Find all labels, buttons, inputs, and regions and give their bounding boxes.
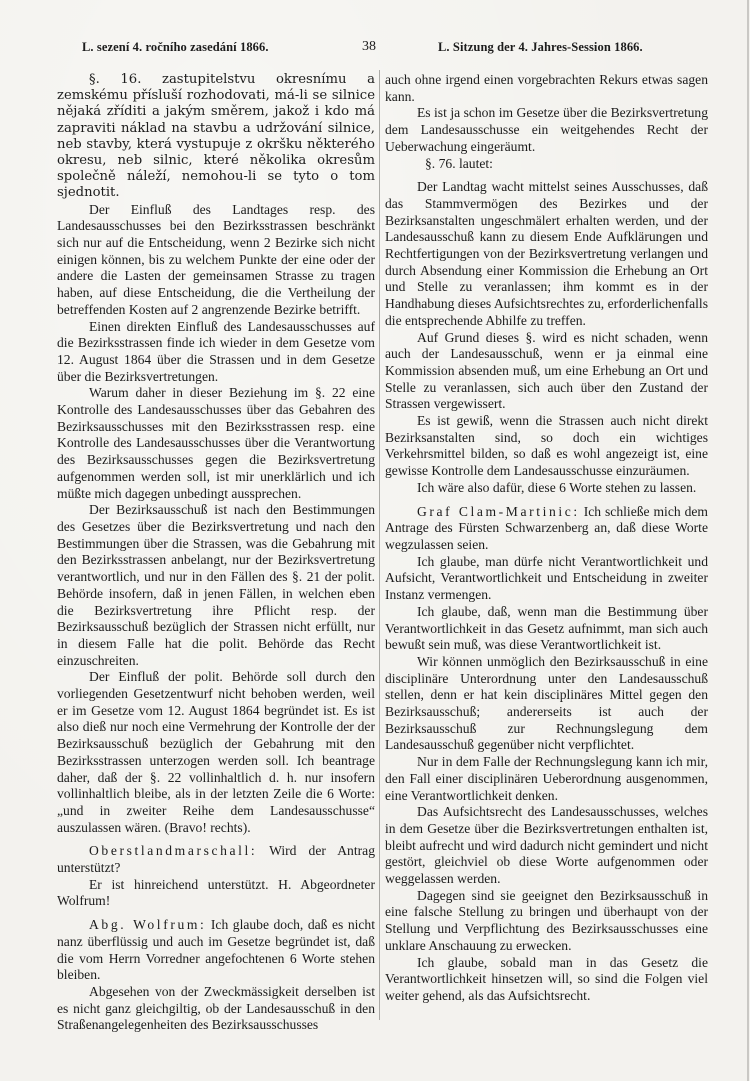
paragraph-continuation: auch ohne irgend einen vorgebrachten Rek… xyxy=(385,72,708,105)
paragraph: Der Einfluß der polit. Behörde soll durc… xyxy=(57,669,375,836)
paragraph-czech-section-16: §. 16. zastupitelstvu okresnímu a zemské… xyxy=(57,72,375,202)
paragraph: Abgesehen von der Zweckmässigkeit dersel… xyxy=(57,984,375,1034)
scanned-page: L. sezení 4. ročního zasedání 1866. 38 L… xyxy=(0,0,750,1081)
speaker-name: Graf Clam-Martinic: xyxy=(417,504,580,519)
header-czech-title: L. sezení 4. ročního zasedání 1866. xyxy=(82,40,269,55)
paragraph: Dagegen sind sie geeignet den Bezirksaus… xyxy=(385,888,708,955)
paragraph: Der Einfluß des Landtages resp. des Land… xyxy=(57,202,375,319)
left-column: §. 16. zastupitelstvu okresnímu a zemské… xyxy=(57,72,375,1034)
paragraph: Warum daher in dieser Beziehung im §. 22… xyxy=(57,385,375,502)
page-header: L. sezení 4. ročního zasedání 1866. 38 L… xyxy=(0,40,750,62)
paragraph: Der Bezirksausschuß ist nach den Bestimm… xyxy=(57,502,375,669)
paragraph: Ich glaube, sobald man in das Gesetz die… xyxy=(385,955,708,1005)
paragraph: Es ist gewiß, wenn die Strassen auch nic… xyxy=(385,413,708,480)
paragraph: Ich wäre also dafür, diese 6 Worte stehe… xyxy=(385,480,708,497)
speaker-paragraph: Graf Clam-Martinic: Ich schließe mich de… xyxy=(385,504,708,554)
paragraph: Ich glaube, daß, wenn man die Bestimmung… xyxy=(385,604,708,654)
speaker-name: Oberstlandmarschall: xyxy=(89,843,257,858)
paragraph: Einen direkten Einfluß des Landesausschu… xyxy=(57,319,375,386)
page-number: 38 xyxy=(362,39,376,55)
paragraph: Er ist hinreichend unterstützt. H. Abgeo… xyxy=(57,877,375,910)
paragraph: Nur in dem Falle der Rechnungslegung kan… xyxy=(385,754,708,804)
right-column: auch ohne irgend einen vorgebrachten Rek… xyxy=(385,72,708,1005)
header-german-title: L. Sitzung der 4. Jahres-Session 1866. xyxy=(438,40,643,55)
speaker-name: Abg. Wolfrum: xyxy=(89,917,206,932)
column-divider xyxy=(379,70,380,1020)
paragraph: Wir können unmöglich den Bezirksausschuß… xyxy=(385,654,708,754)
paragraph: Es ist ja schon im Gesetze über die Bezi… xyxy=(385,105,708,155)
speaker-paragraph: Oberstlandmarschall: Wird der Antrag unt… xyxy=(57,843,375,876)
speaker-paragraph: Abg. Wolfrum: Ich glaube doch, daß es ni… xyxy=(57,917,375,984)
section-76-heading: §. 76. lautet: xyxy=(385,156,708,173)
page-edge xyxy=(747,0,749,1081)
paragraph: Ich glaube, man dürfe nicht Verantwortli… xyxy=(385,554,708,604)
paragraph: Das Aufsichtsrecht des Landesausschusses… xyxy=(385,804,708,888)
quoted-paragraph: Der Landtag wacht mittelst seines Aussch… xyxy=(385,179,708,329)
paragraph: Auf Grund dieses §. wird es nicht schade… xyxy=(385,330,708,414)
